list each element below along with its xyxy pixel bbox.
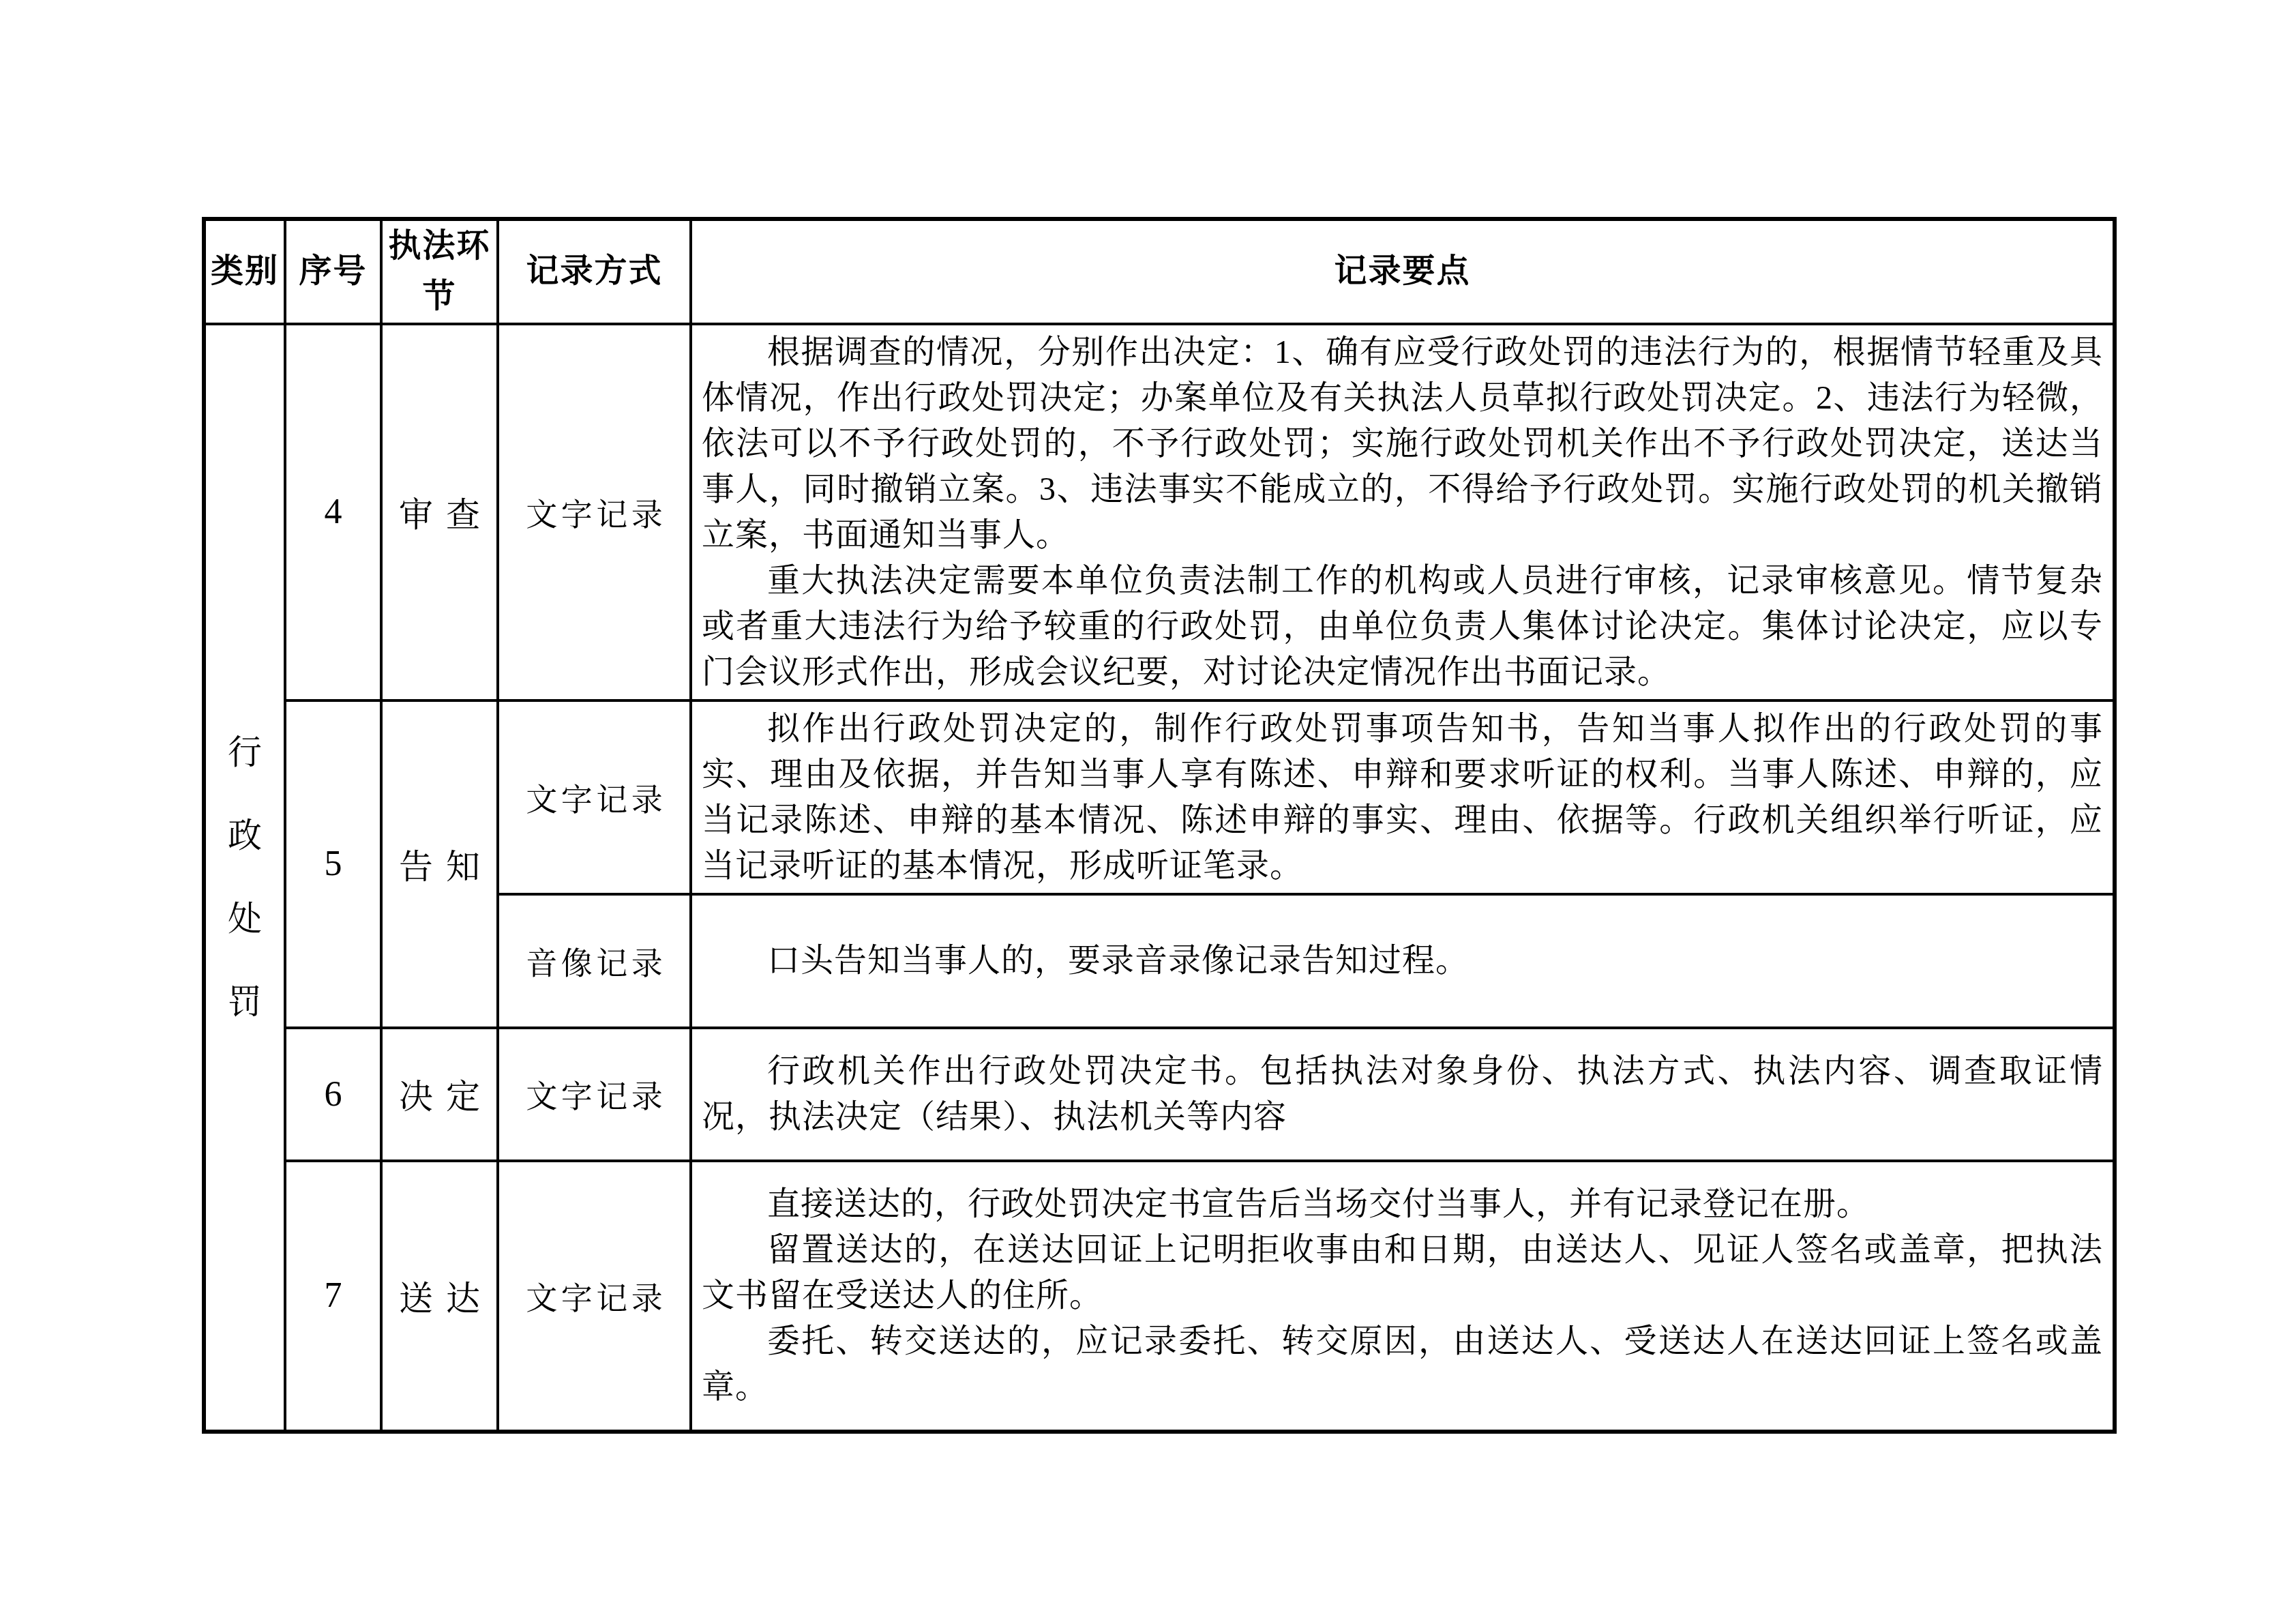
points-paragraph: 口头告知当事人的，要录音录像记录告知过程。 <box>702 938 2103 984</box>
points-cell: 行政机关作出行政处罚决定书。包括执法对象身份、执法方式、执法内容、调查取证情况，… <box>691 1028 2115 1161</box>
points-cell: 直接送达的，行政处罚决定书宣告后当场交付当事人，并有记录登记在册。 留置送达的，… <box>691 1161 2115 1432</box>
table-row-review: 行 政 处 罚 4 审查 文字记录 根据调查的情况，分别作出决定：1、确有应受行… <box>204 324 2115 700</box>
points-paragraph: 委托、转交送达的，应记录委托、转交原因，由送达人、受送达人在送达回证上签名或盖章… <box>702 1318 2103 1410</box>
seq-cell: 7 <box>285 1161 381 1432</box>
points-paragraph: 留置送达的，在送达回证上记明拒收事由和日期，由送达人、见证人签名或盖章，把执法文… <box>702 1227 2103 1318</box>
points-content: 直接送达的，行政处罚决定书宣告后当场交付当事人，并有记录登记在册。 留置送达的，… <box>702 1181 2103 1410</box>
header-points: 记录要点 <box>691 219 2115 324</box>
points-paragraph: 重大执法决定需要本单位负责法制工作的机构或人员进行审核，记录审核意见。情节复杂或… <box>702 558 2103 695</box>
stage-cell: 送达 <box>381 1161 498 1432</box>
table-row-decision: 6 决定 文字记录 行政机关作出行政处罚决定书。包括执法对象身份、执法方式、执法… <box>204 1028 2115 1161</box>
points-content: 行政机关作出行政处罚决定书。包括执法对象身份、执法方式、执法内容、调查取证情况，… <box>702 1048 2103 1140</box>
category-cell: 行 政 处 罚 <box>204 324 285 1432</box>
category-char: 政 <box>228 818 262 853</box>
seq-cell: 4 <box>285 324 381 700</box>
stage-cell: 告知 <box>381 700 498 1028</box>
method-cell: 文字记录 <box>498 1161 691 1432</box>
stage-cell: 审查 <box>381 324 498 700</box>
method-cell: 音像记录 <box>498 894 691 1028</box>
header-stage: 执法环节 <box>381 219 498 324</box>
table-row-delivery: 7 送达 文字记录 直接送达的，行政处罚决定书宣告后当场交付当事人，并有记录登记… <box>204 1161 2115 1432</box>
points-content: 口头告知当事人的，要录音录像记录告知过程。 <box>702 938 2103 984</box>
points-cell: 根据调查的情况，分别作出决定：1、确有应受行政处罚的违法行为的，根据情节轻重及具… <box>691 324 2115 700</box>
points-paragraph: 根据调查的情况，分别作出决定：1、确有应受行政处罚的违法行为的，根据情节轻重及具… <box>702 329 2103 558</box>
category-char: 罚 <box>228 985 262 1019</box>
points-paragraph: 拟作出行政处罚决定的，制作行政处罚事项告知书，告知当事人拟作出的行政处罚的事实、… <box>702 706 2103 889</box>
header-seq: 序号 <box>285 219 381 324</box>
points-cell: 口头告知当事人的，要录音录像记录告知过程。 <box>691 894 2115 1028</box>
points-content: 根据调查的情况，分别作出决定：1、确有应受行政处罚的违法行为的，根据情节轻重及具… <box>702 329 2103 695</box>
points-cell: 拟作出行政处罚决定的，制作行政处罚事项告知书，告知当事人拟作出的行政处罚的事实、… <box>691 700 2115 894</box>
method-cell: 文字记录 <box>498 1028 691 1161</box>
header-category: 类别 <box>204 219 285 324</box>
points-paragraph: 行政机关作出行政处罚决定书。包括执法对象身份、执法方式、执法内容、调查取证情况，… <box>702 1048 2103 1140</box>
method-cell: 文字记录 <box>498 324 691 700</box>
points-content: 拟作出行政处罚决定的，制作行政处罚事项告知书，告知当事人拟作出的行政处罚的事实、… <box>702 706 2103 889</box>
stage-cell: 决定 <box>381 1028 498 1161</box>
enforcement-record-table: 类别 序号 执法环节 记录方式 记录要点 行 政 处 罚 4 审查 文字记录 根… <box>202 217 2117 1434</box>
header-method: 记录方式 <box>498 219 691 324</box>
header-row: 类别 序号 执法环节 记录方式 记录要点 <box>204 219 2115 324</box>
table-row-notify-text: 5 告知 文字记录 拟作出行政处罚决定的，制作行政处罚事项告知书，告知当事人拟作… <box>204 700 2115 894</box>
seq-cell: 5 <box>285 700 381 1028</box>
category-char: 处 <box>228 902 262 936</box>
category-vertical-text: 行 政 处 罚 <box>206 735 284 1019</box>
seq-cell: 6 <box>285 1028 381 1161</box>
category-char: 行 <box>228 735 262 769</box>
document-page: 类别 序号 执法环节 记录方式 记录要点 行 政 处 罚 4 审查 文字记录 根… <box>0 0 2296 1624</box>
points-paragraph: 直接送达的，行政处罚决定书宣告后当场交付当事人，并有记录登记在册。 <box>702 1181 2103 1227</box>
method-cell: 文字记录 <box>498 700 691 894</box>
